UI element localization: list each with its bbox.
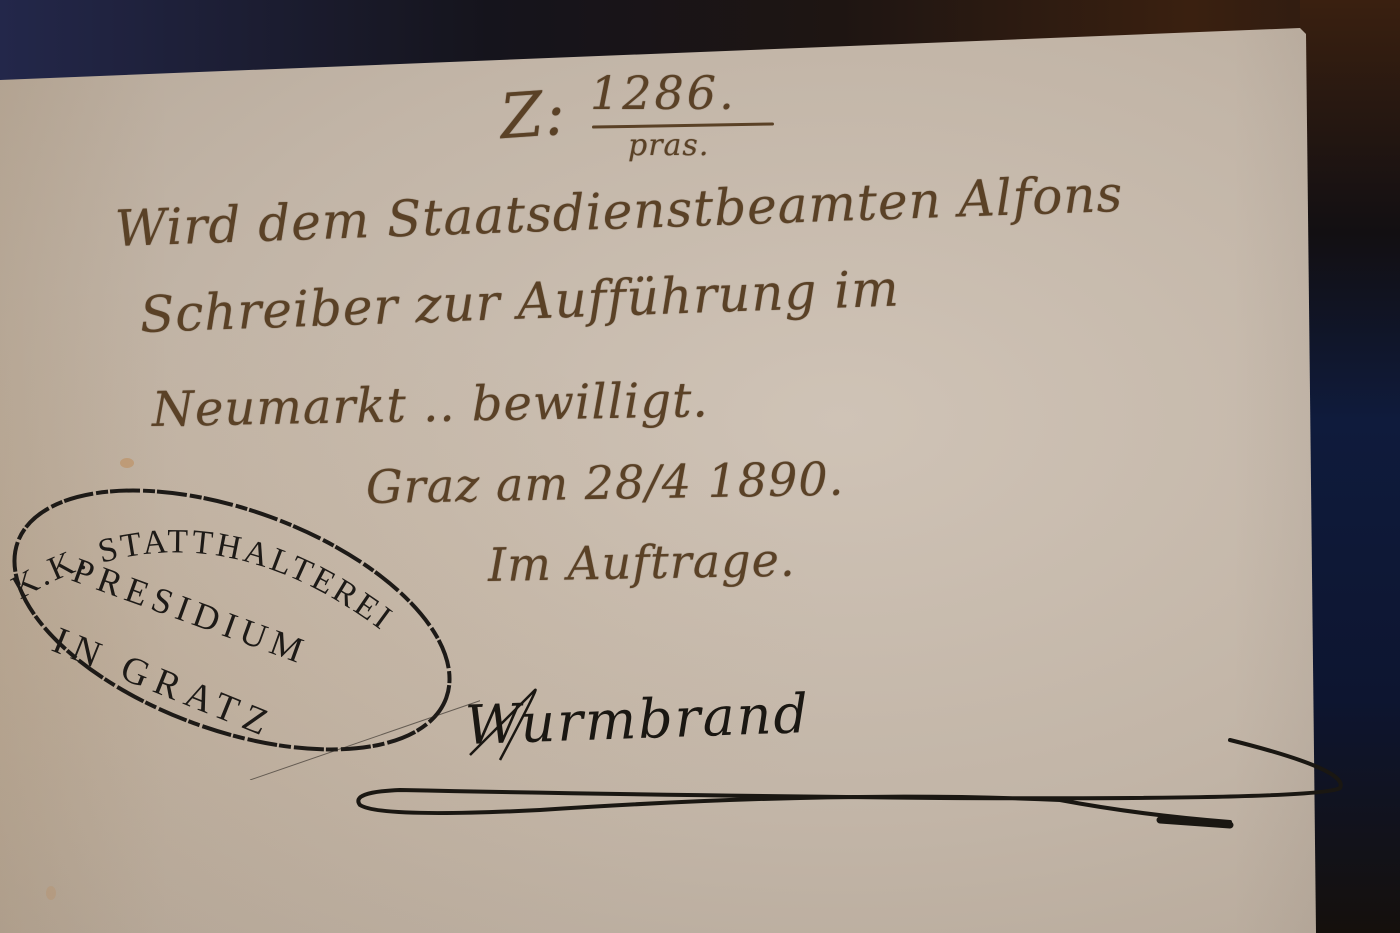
handwritten-line-5: Im Auftrage. (488, 533, 796, 592)
signature-flourish (340, 670, 1360, 840)
handwritten-line-3: Neumarkt .. bewilligt. (152, 372, 710, 438)
reference-number: 1286. (590, 66, 737, 120)
reference-prefix: Z: (498, 76, 569, 153)
paper-stain (120, 458, 134, 468)
paper-stain (46, 886, 56, 900)
reference-subscript: pras. (628, 128, 709, 163)
